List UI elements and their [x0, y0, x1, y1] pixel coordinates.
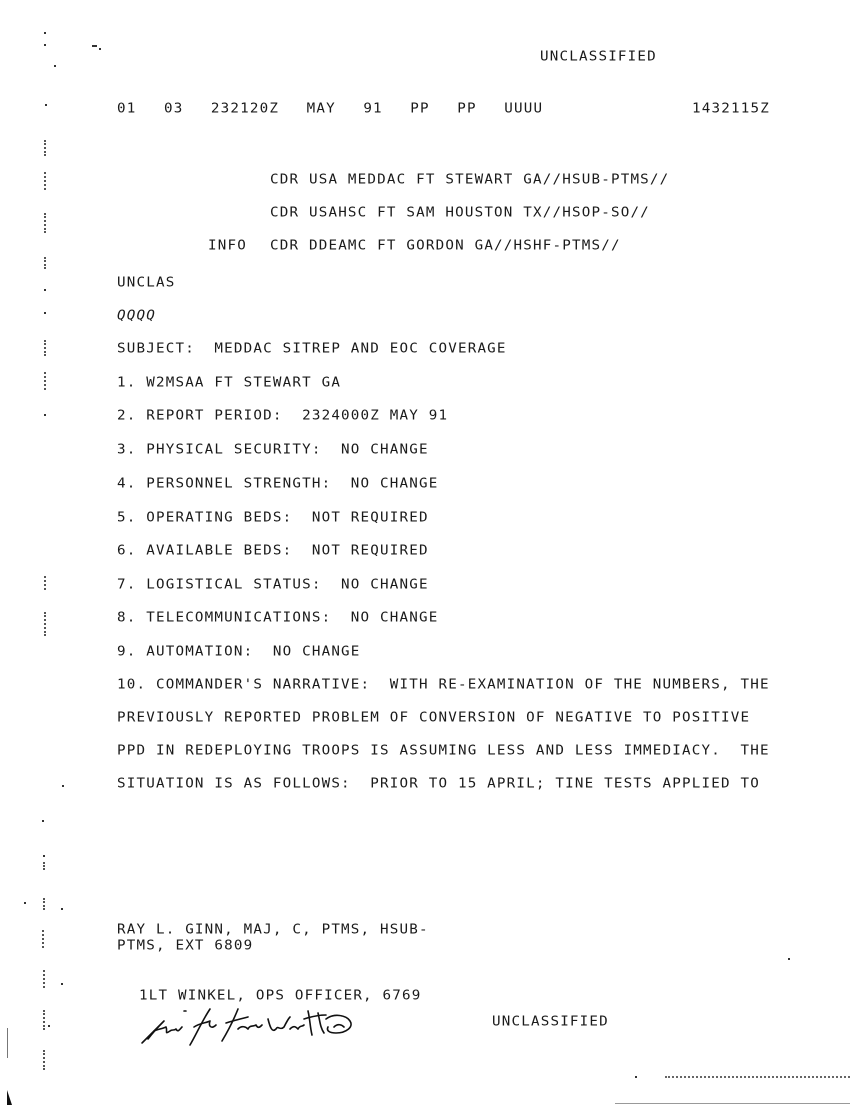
qqqq-marker: QQQQ: [117, 308, 156, 323]
addressee-to-2: CDR USAHSC FT SAM HOUSTON TX//HSOP-SO//: [270, 205, 650, 220]
item-2: 2. REPORT PERIOD: 2324000Z MAY 91: [117, 408, 448, 423]
addressee-to-1: CDR USA MEDDAC FT STEWART GA//HSUB-PTMS/…: [270, 172, 669, 187]
narrative-line-1: 10. COMMANDER'S NARRATIVE: WITH RE-EXAMI…: [117, 677, 770, 692]
addressee-info: CDR DDEAMC FT GORDON GA//HSHF-PTMS//: [270, 238, 621, 253]
narrative-line-4: SITUATION IS AS FOLLOWS: PRIOR TO 15 APR…: [117, 776, 760, 791]
item-8: 8. TELECOMMUNICATIONS: NO CHANGE: [117, 610, 438, 625]
narrative-line-3: PPD IN REDEPLOYING TROOPS IS ASSUMING LE…: [117, 743, 770, 758]
handwritten-signature: [140, 1005, 365, 1047]
item-4: 4. PERSONNEL STRENGTH: NO CHANGE: [117, 476, 438, 491]
classification-marking-bottom: UNCLASSIFIED: [492, 1014, 609, 1029]
item-7: 7. LOGISTICAL STATUS: NO CHANGE: [117, 577, 429, 592]
message-dtg: 1432115Z: [692, 101, 770, 116]
message-header-line: 01 03 232120Z MAY 91 PP PP UUUU: [117, 101, 543, 116]
classification-marking-top: UNCLASSIFIED: [540, 49, 657, 64]
item-9: 9. AUTOMATION: NO CHANGE: [117, 644, 361, 659]
item-6: 6. AVAILABLE BEDS: NOT REQUIRED: [117, 543, 429, 558]
subject-line: SUBJECT: MEDDAC SITREP AND EOC COVERAGE: [117, 341, 507, 356]
releaser-line: 1LT WINKEL, OPS OFFICER, 6769: [139, 988, 422, 1003]
item-5: 5. OPERATING BEDS: NOT REQUIRED: [117, 510, 429, 525]
drafter-line-2: PTMS, EXT 6809: [117, 938, 253, 953]
item-1: 1. W2MSAA FT STEWART GA: [117, 375, 341, 390]
unclas-marker: UNCLAS: [117, 275, 175, 290]
narrative-line-2: PREVIOUSLY REPORTED PROBLEM OF CONVERSIO…: [117, 710, 750, 725]
item-3: 3. PHYSICAL SECURITY: NO CHANGE: [117, 442, 429, 457]
info-label: INFO: [208, 238, 247, 253]
drafter-line-1: RAY L. GINN, MAJ, C, PTMS, HSUB-: [117, 922, 429, 937]
